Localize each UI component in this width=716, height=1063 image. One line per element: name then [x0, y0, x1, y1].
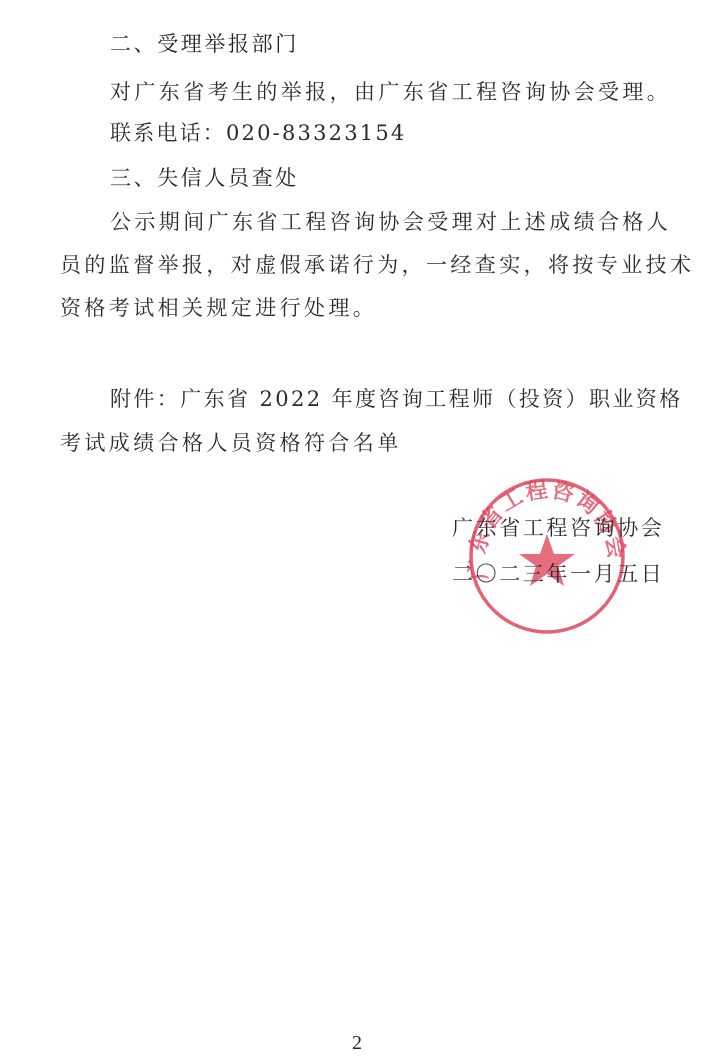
- section3-line-3: 资格考试相关规定进行处理。: [60, 298, 377, 319]
- contact-phone: 联系电话：020-83323154: [110, 123, 406, 144]
- attachment-line-2: 考试成绩合格人员资格符合名单: [60, 433, 402, 454]
- page-number: 2: [352, 1032, 362, 1055]
- section3-heading: 三、失信人员查处: [110, 168, 299, 189]
- section2-heading: 二、受理举报部门: [110, 34, 299, 55]
- signature-organization: 广东省工程咨询协会: [452, 518, 664, 539]
- official-seal-stamp: 广东省工程咨询协会: [462, 476, 632, 636]
- signature-date: 二〇二三年一月五日: [452, 564, 664, 585]
- section3-line-2: 员的监督举报，对虚假承诺行为，一经查实，将按专业技术: [60, 255, 694, 276]
- section2-text: 对广东省考生的举报，由广东省工程咨询协会受理。: [110, 82, 671, 103]
- attachment-line-1: 附件：广东省 2022 年度咨询工程师（投资）职业资格: [110, 389, 683, 410]
- section3-line-1: 公示期间广东省工程咨询协会受理对上述成绩合格人: [110, 212, 671, 233]
